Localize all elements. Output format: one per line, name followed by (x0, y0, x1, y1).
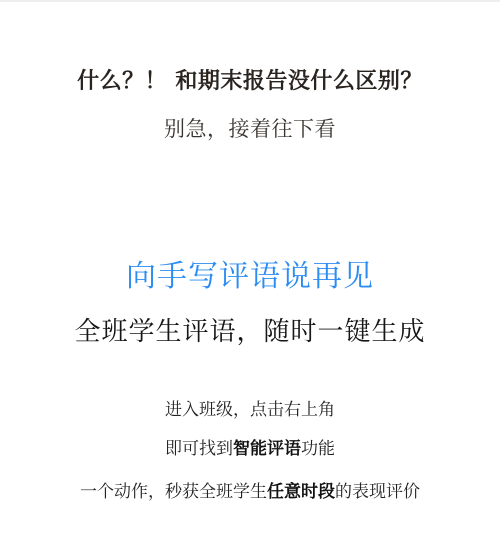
instruction-text: 进入班级，点击右上角 (165, 400, 335, 420)
instruction-line-2: 即可找到智能评语功能 (0, 441, 500, 458)
instruction-highlight: 任意时段 (267, 482, 335, 502)
top-divider-strip (0, 0, 500, 2)
instruction-highlight: 智能评语 (233, 439, 301, 459)
instruction-line-3: 一个动作，秒获全班学生任意时段的表现评价 (0, 484, 500, 501)
instruction-text: 的表现评价 (335, 482, 420, 502)
feature-headline: 向手写评语说再见 (0, 262, 500, 292)
instruction-text: 一个动作，秒获全班学生 (80, 482, 267, 502)
instruction-line-1: 进入班级，点击右上角 (0, 402, 500, 419)
page-title: 什么？！ 和期末报告没什么区别？ (0, 71, 500, 93)
feature-tagline: 全班学生评语，随时一键生成 (0, 319, 500, 345)
instruction-text: 即可找到 (165, 439, 233, 459)
instruction-text: 功能 (301, 439, 335, 459)
page-subtitle: 别急，接着往下看 (0, 119, 500, 140)
